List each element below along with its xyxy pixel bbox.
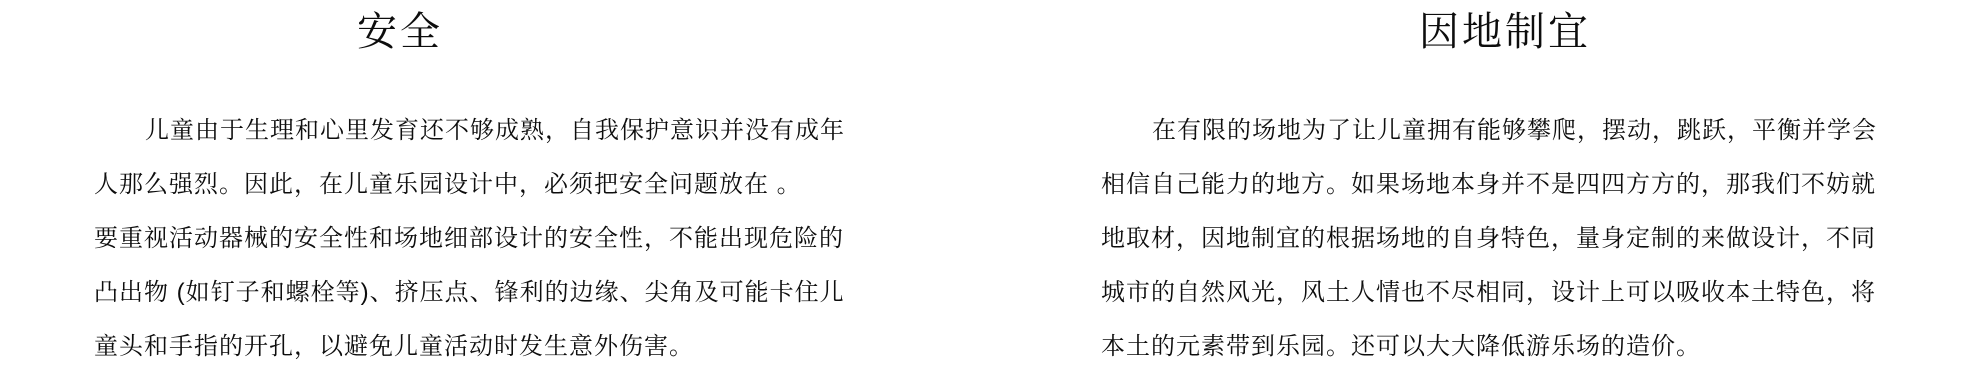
safety-section-title: 安全: [0, 8, 800, 56]
safety-paragraph-line-5: 童头和手指的开孔，以避免儿童活动时发生意外伤害。: [94, 320, 894, 374]
adapt-paragraph-line-5: 本土的元素带到乐园。还可以大大降低游乐场的造价。: [1101, 320, 1921, 374]
safety-paragraph-line-2: 人那么强烈。因此，在儿童乐园设计中，必须把安全问题放在 。: [94, 158, 894, 212]
adapt-local-conditions-paragraph: 在有限的场地为了让儿童拥有能够攀爬，摆动，跳跃，平衡并学会 相信自己能力的地方。…: [1101, 104, 1921, 374]
two-column-text-slide: 安全 儿童由于生理和心里发育还不够成熟，自我保护意识并没有成年 人那么强烈。因此…: [0, 0, 1980, 389]
adapt-local-conditions-section-title: 因地制宜: [1105, 8, 1905, 56]
safety-paragraph-line-3: 要重视活动器械的安全性和场地细部设计的安全性，不能出现危险的: [94, 212, 894, 266]
safety-paragraph-line-4: 凸出物 (如钉子和螺栓等)、挤压点、锋利的边缘、尖角及可能卡住儿: [94, 266, 894, 320]
safety-paragraph-line-1: 儿童由于生理和心里发育还不够成熟，自我保护意识并没有成年: [94, 104, 894, 158]
adapt-paragraph-line-4: 城市的自然风光，风土人情也不尽相同，设计上可以吸收本土特色，将: [1101, 266, 1921, 320]
safety-paragraph: 儿童由于生理和心里发育还不够成熟，自我保护意识并没有成年 人那么强烈。因此，在儿…: [94, 104, 894, 374]
adapt-paragraph-line-2: 相信自己能力的地方。如果场地本身并不是四四方方的，那我们不妨就: [1101, 158, 1921, 212]
adapt-paragraph-line-1: 在有限的场地为了让儿童拥有能够攀爬，摆动，跳跃，平衡并学会: [1101, 104, 1921, 158]
adapt-paragraph-line-3: 地取材，因地制宜的根据场地的自身特色，量身定制的来做设计，不同: [1101, 212, 1921, 266]
